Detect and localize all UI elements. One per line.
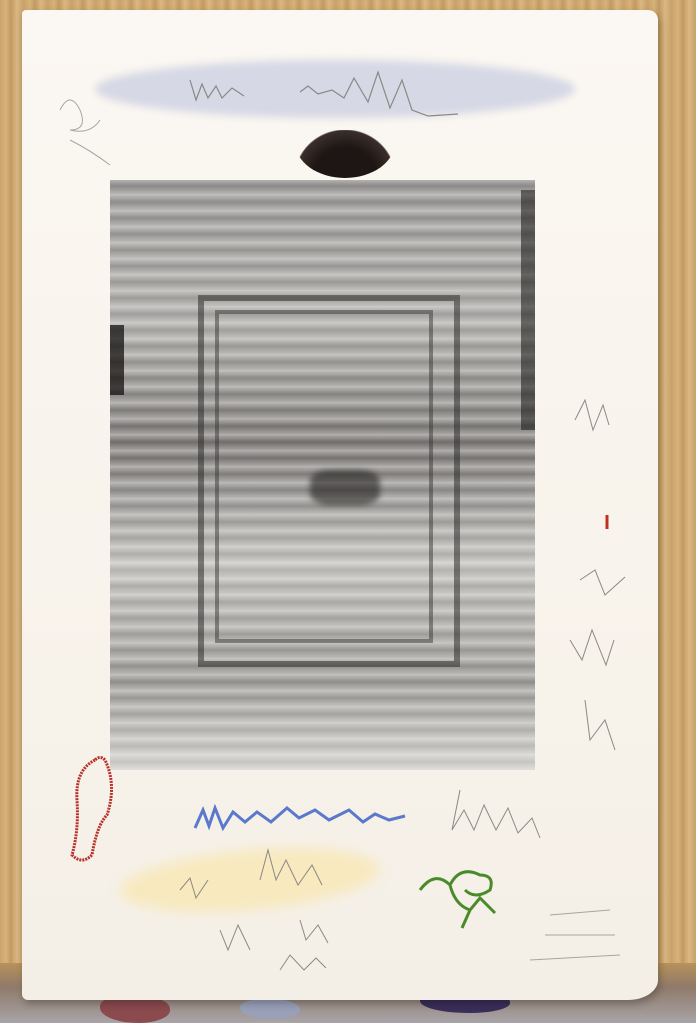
pencil-scribble-right xyxy=(570,400,625,750)
pencil-lines-bottom xyxy=(530,910,620,960)
drawn-marks xyxy=(0,0,696,1023)
pencil-scribble-left-top xyxy=(60,100,110,165)
blue-crayon-scribble xyxy=(195,808,405,828)
pencil-scribble-top xyxy=(190,72,458,116)
pencil-scribble-bottom-left xyxy=(180,850,328,970)
pencil-scribble-bottom-right xyxy=(452,790,540,838)
green-crayon-figure xyxy=(420,872,495,928)
red-crayon-figure xyxy=(72,758,112,861)
